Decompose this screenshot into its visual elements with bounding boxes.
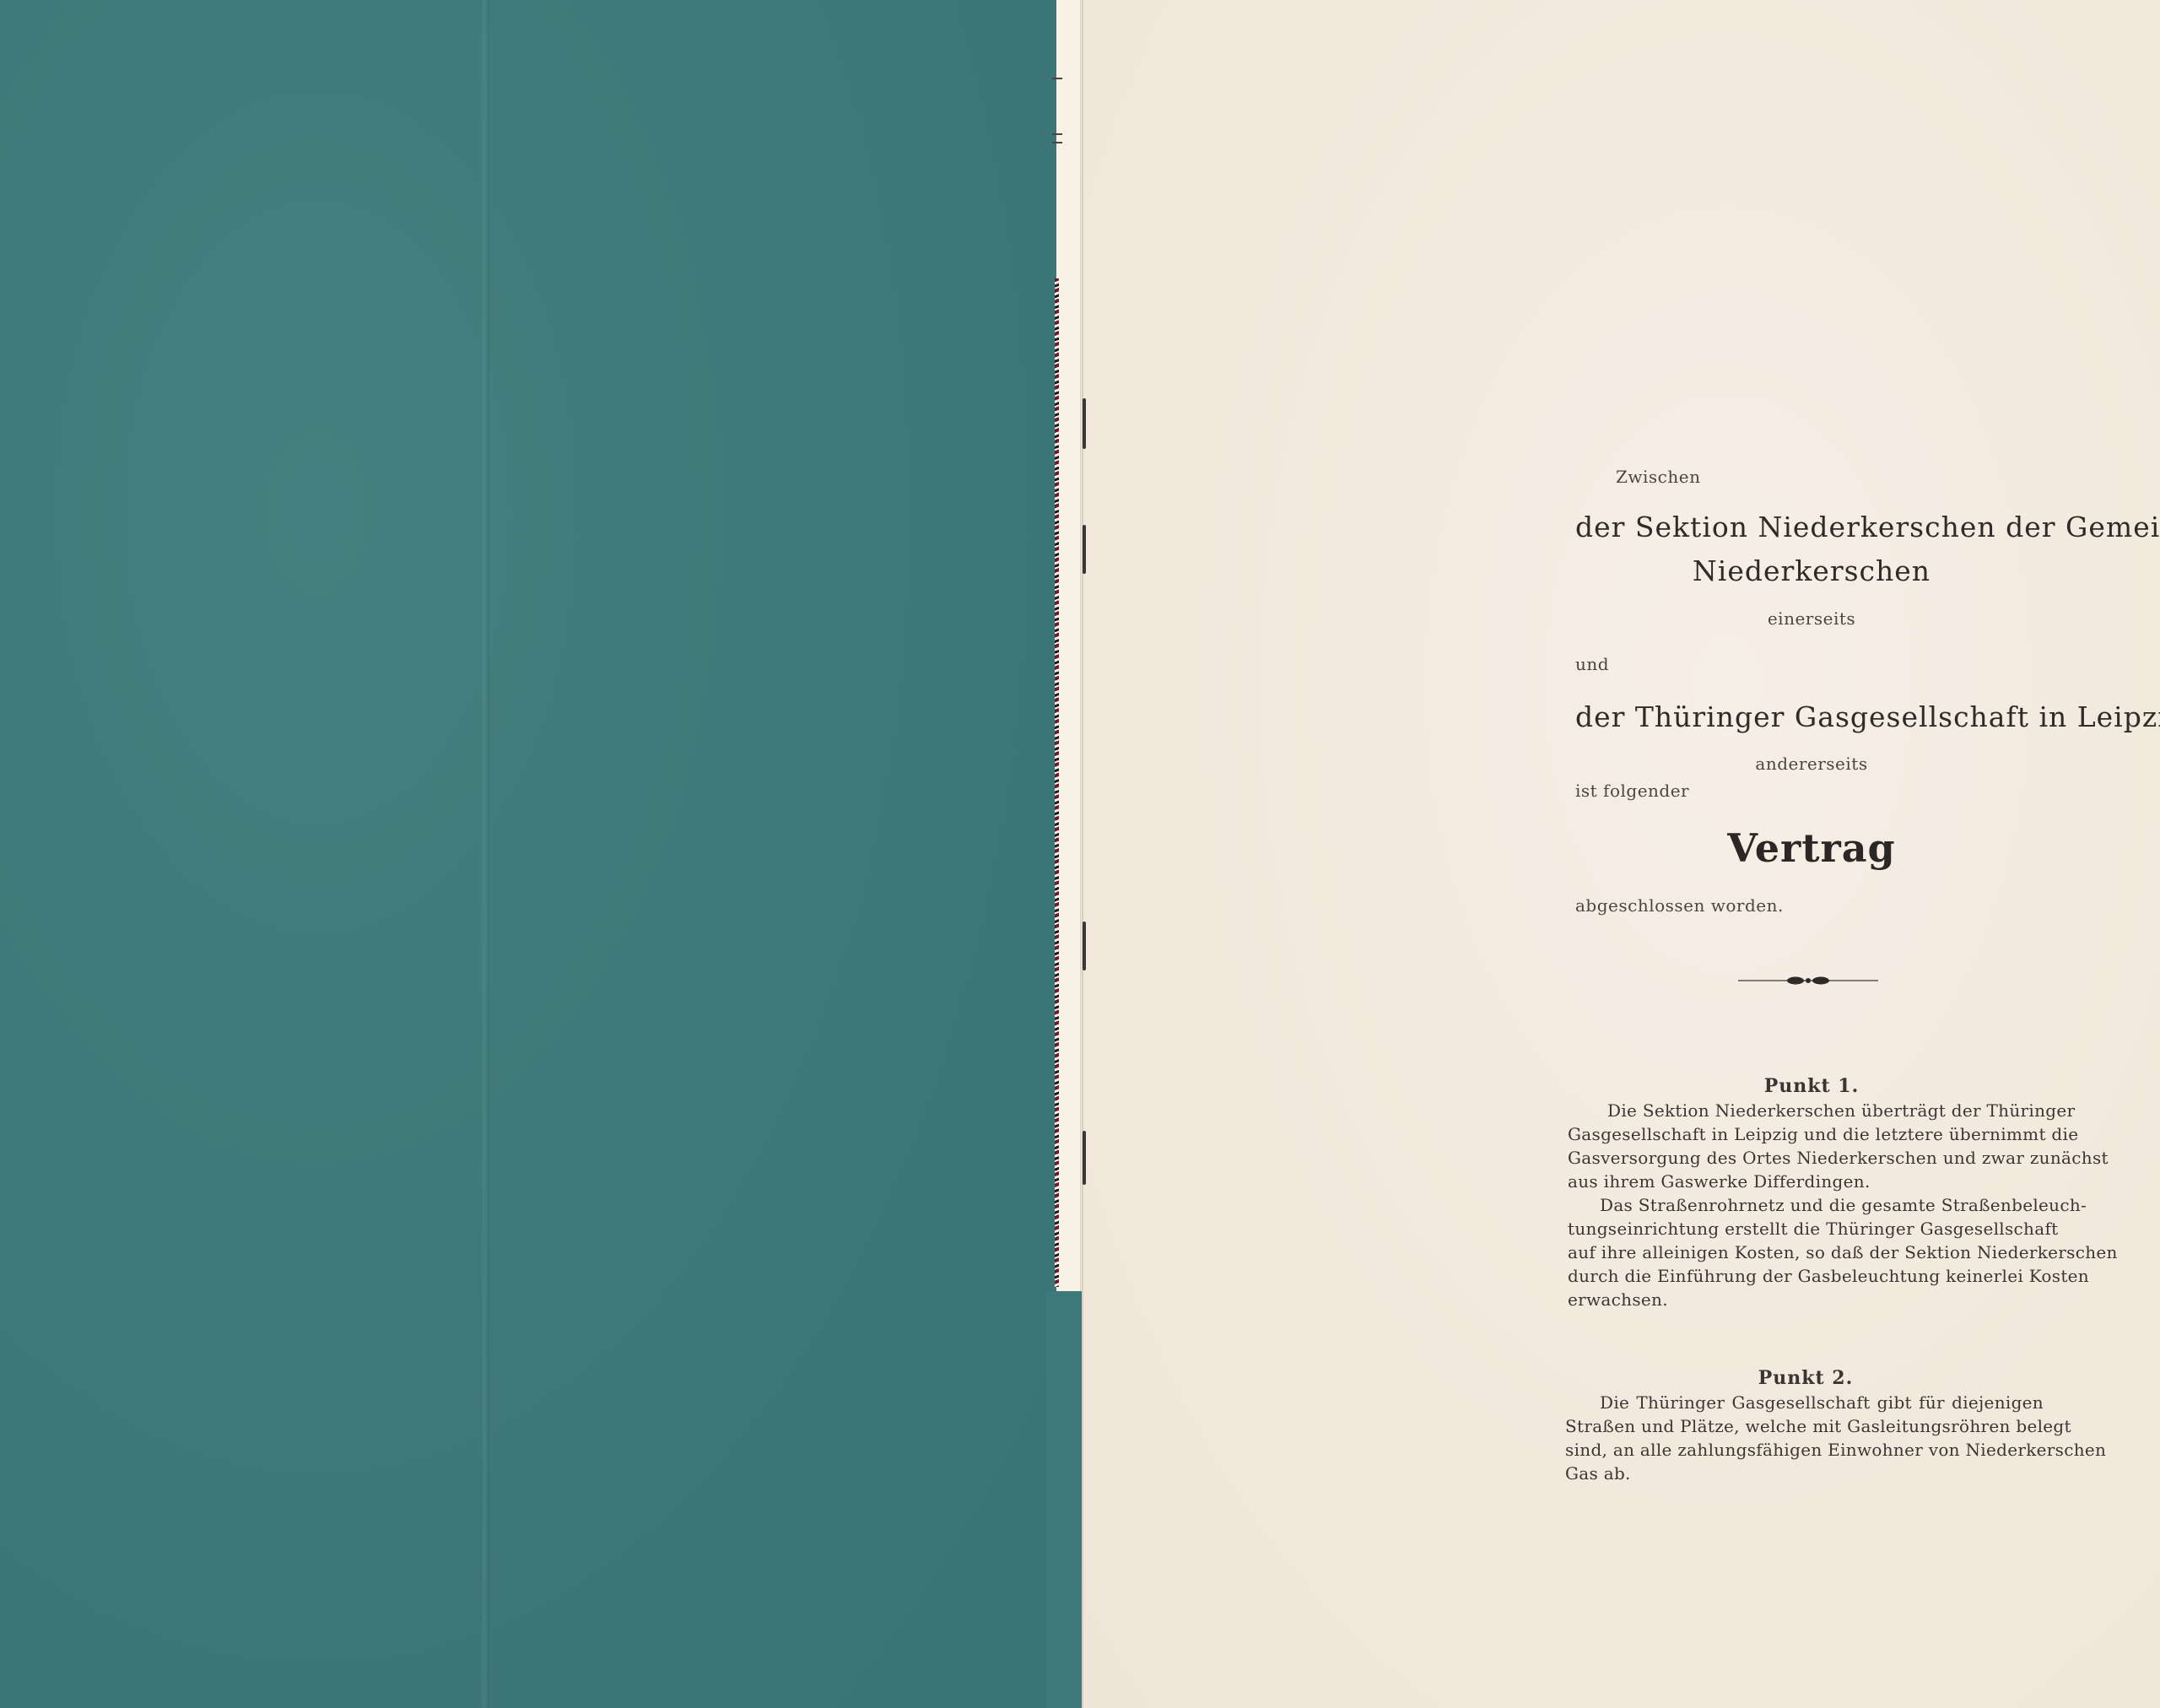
section-heading: Punkt 2. — [1568, 1369, 2044, 1387]
section-line: tungseinrichtung erstellt die Thüringer … — [1568, 1220, 2044, 1237]
thread-stitch — [1052, 142, 1062, 143]
binding-cord — [1055, 278, 1059, 1287]
section-heading: Punkt 1. — [1575, 1077, 2048, 1095]
section-line: Straßen und Plätze, welche mit Gasleitun… — [1565, 1418, 2044, 1435]
preamble-und: und — [1575, 656, 1609, 673]
fleuron-divider-icon — [1738, 975, 1878, 986]
document-title: Vertrag — [1575, 829, 2048, 868]
section-line: sind, an alle zahlungsfähigen Einwohner … — [1565, 1441, 2044, 1458]
thread-stitch — [1052, 78, 1062, 79]
cover-lower-flap — [1046, 1291, 1083, 1708]
section-line: auf ihre alleinigen Kosten, so daß der S… — [1568, 1244, 2044, 1261]
staple-icon — [1083, 398, 1086, 449]
preamble-einerseits: einerseits — [1575, 610, 2048, 627]
section-line: aus ihrem Gaswerke Differdingen. — [1568, 1173, 1871, 1190]
party1-line1: der Sektion Niederkerschen der Gemeinde — [1575, 513, 2048, 541]
section-line: Gasversorgung des Ortes Niederkerschen u… — [1568, 1149, 2044, 1166]
staple-icon — [1083, 525, 1086, 574]
section-line: durch die Einführung der Gasbeleuchtung … — [1568, 1267, 2044, 1284]
preamble-andererseits: andererseits — [1575, 755, 2048, 772]
preamble-abgeschlossen: abgeschlossen worden. — [1575, 897, 1784, 914]
page-edge — [1082, 0, 1083, 1708]
section-line: Die Thüringer Gasgesellschaft gibt für d… — [1600, 1394, 2044, 1411]
section-line: erwachsen. — [1568, 1291, 1668, 1308]
section-line: Gas ab. — [1565, 1465, 1631, 1482]
section-line: Die Sektion Niederkerschen überträgt der… — [1575, 1102, 2044, 1119]
party1-line2: Niederkerschen — [1575, 557, 2048, 585]
teal-cover — [0, 0, 1056, 1708]
staple-icon — [1083, 1131, 1086, 1185]
staple-icon — [1083, 922, 1086, 970]
party2: der Thüringer Gasgesellschaft in Leipzig — [1575, 703, 2048, 731]
preamble-ist-folgender: ist folgender — [1575, 782, 1689, 799]
cover-fold-crease — [481, 0, 489, 1708]
section-line: Das Straßenrohrnetz und die gesamte Stra… — [1600, 1197, 2044, 1213]
preamble-between: Zwischen — [1616, 468, 1700, 485]
binding-strip — [1056, 0, 1081, 1291]
section-line: Gasgesellschaft in Leipzig und die letzt… — [1568, 1126, 2044, 1143]
thread-stitch — [1052, 133, 1062, 135]
